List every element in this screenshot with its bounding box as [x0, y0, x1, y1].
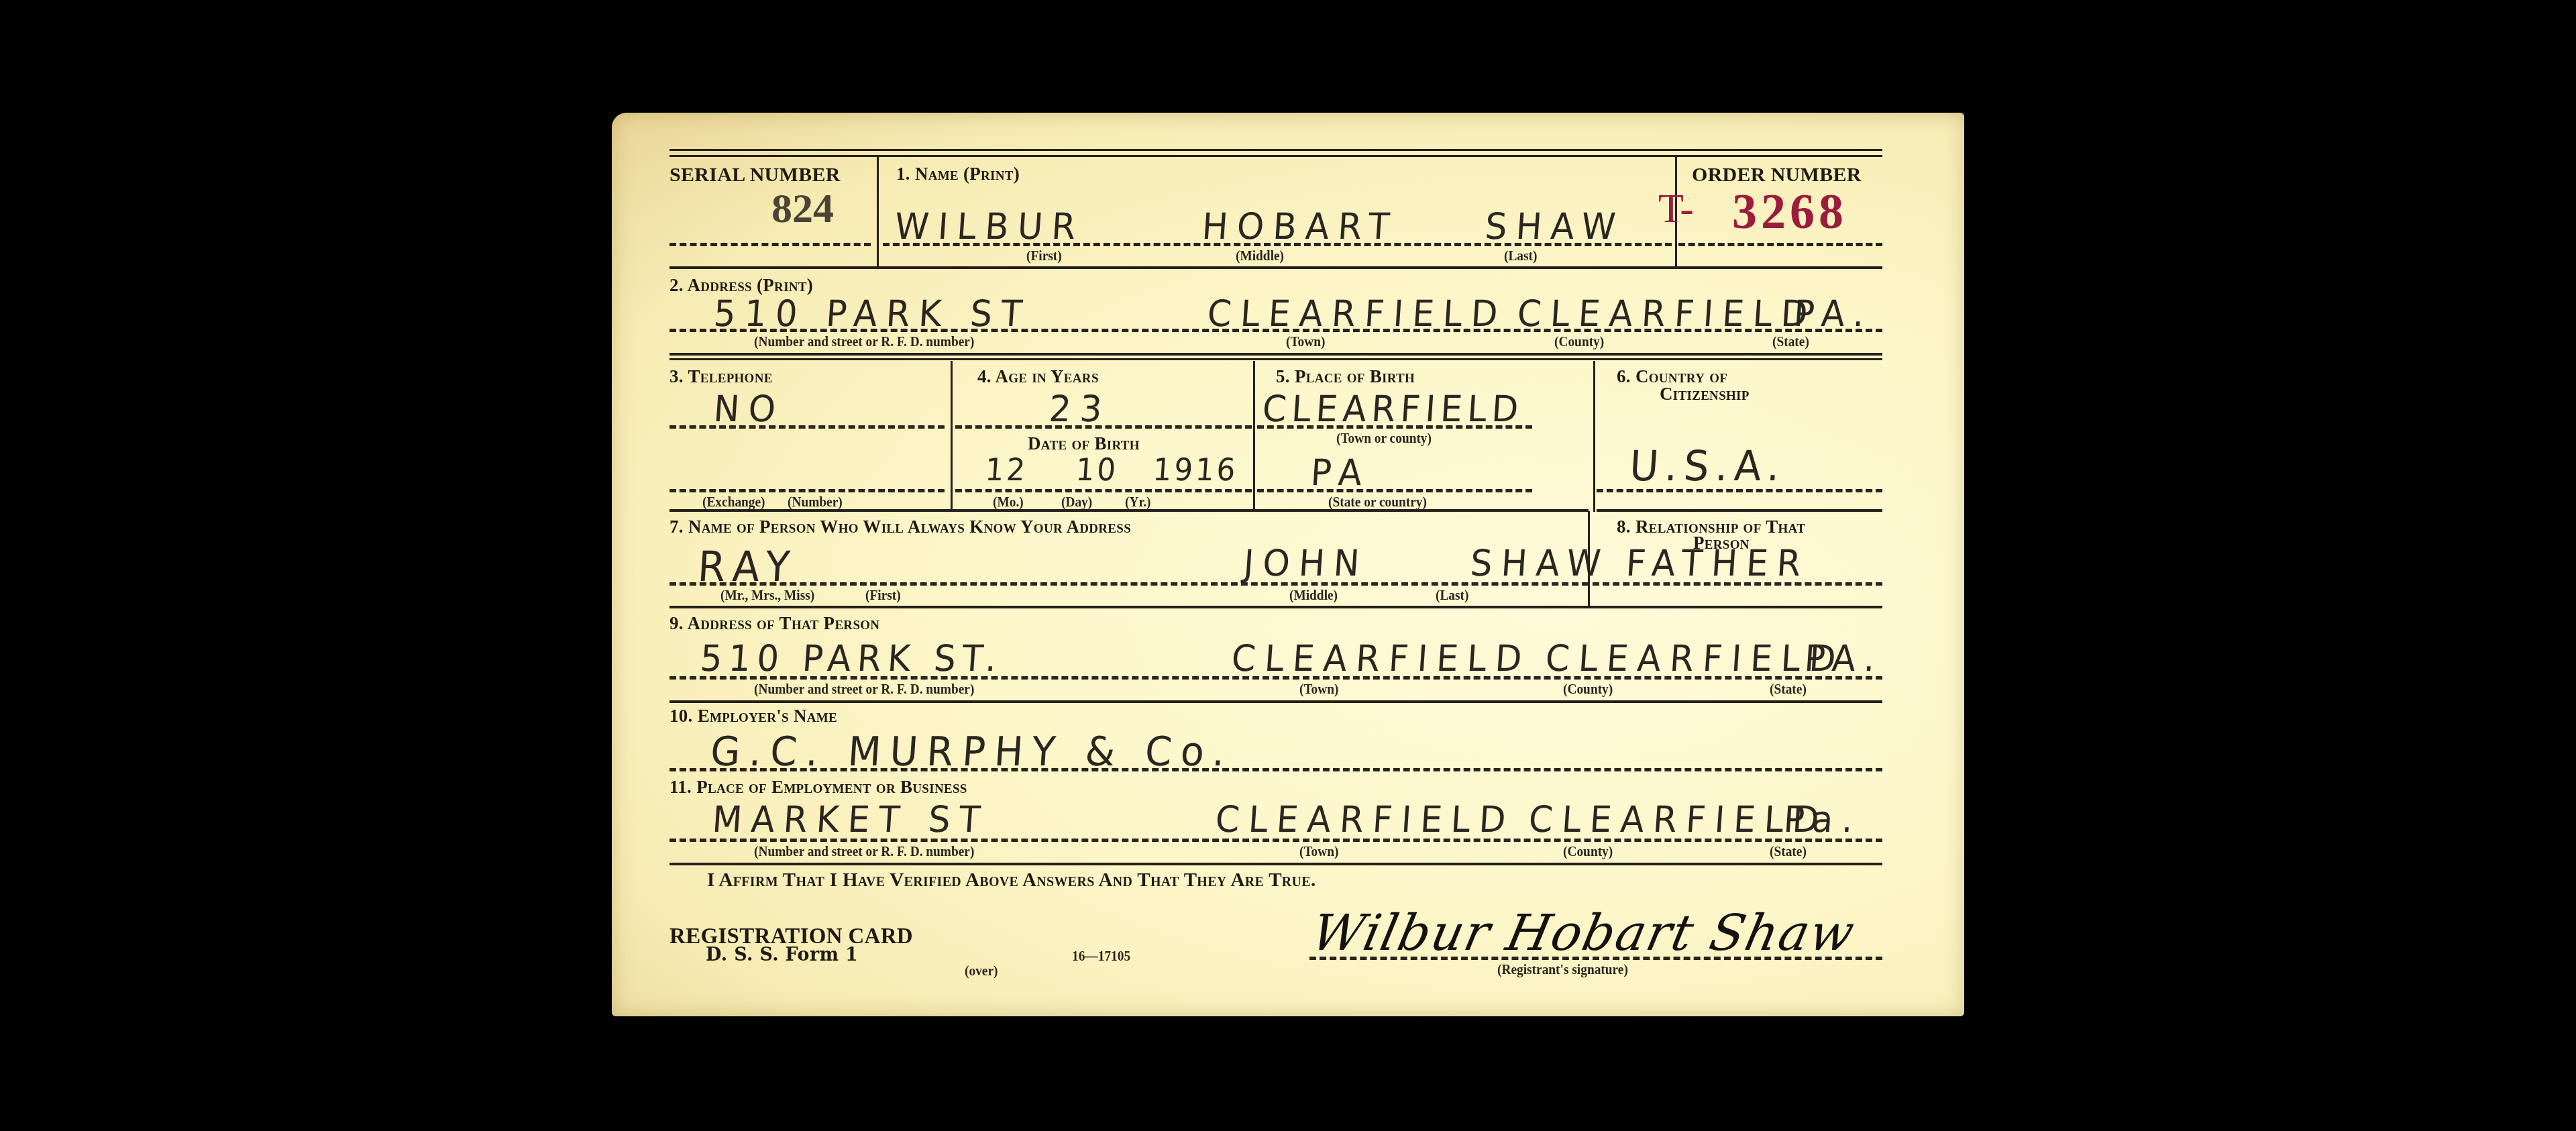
contact-address-town-caption: (Town)	[1299, 680, 1338, 698]
employment-dash-line	[669, 839, 1882, 842]
birthplace-town-caption: (Town or county)	[1336, 429, 1432, 447]
dob-day-caption: (Day)	[1061, 493, 1092, 510]
telephone-dash-line-1	[669, 425, 945, 429]
row1-bottom-rule	[669, 266, 1882, 269]
tel-age-divider	[951, 361, 953, 512]
row2-bottom-rule	[669, 353, 1882, 356]
employment-town-caption: (Town)	[1299, 843, 1338, 860]
employment-street-value: MARKET ST	[711, 798, 990, 841]
contact-middle-caption: (Middle)	[1289, 586, 1338, 604]
employment-state-caption: (State)	[1770, 843, 1807, 860]
telephone-exchange-caption: (Exchange)	[702, 493, 765, 510]
citizenship-label-line2: Citizenship	[1660, 384, 1750, 405]
over-label: (over)	[965, 962, 998, 979]
name-label: 1. Name (Print)	[896, 164, 1020, 184]
citizenship-value: U.S.A.	[1628, 441, 1788, 490]
name-last-caption: (Last)	[1504, 247, 1537, 264]
form-id: D. S. S. Form 1	[706, 945, 858, 965]
serial-dash-line	[669, 243, 871, 246]
name-first-caption: (First)	[1026, 247, 1062, 264]
contact-address-state-value: PA.	[1803, 637, 1885, 680]
name-last-value: SHAW	[1484, 205, 1626, 248]
signature-dash-line	[1309, 957, 1882, 960]
top-rule-2	[669, 155, 1882, 157]
contact-address-street-value: 510 PARK ST.	[699, 637, 1004, 680]
relationship-dash-line	[1593, 582, 1882, 586]
contact-relationship-divider	[1588, 511, 1590, 608]
serial-number-label: SERIAL NUMBER	[669, 164, 841, 186]
dob-dash-line	[955, 489, 1252, 492]
contact-last-caption: (Last)	[1436, 586, 1468, 604]
name-dash-line	[883, 243, 1672, 246]
contact-middle-value: JOHN	[1242, 542, 1370, 584]
telephone-number-caption: (Number)	[788, 493, 843, 510]
age-value: 23	[1048, 388, 1112, 430]
name-first-value: WILBUR	[894, 205, 1086, 248]
birthplace-label: 5. Place of Birth	[1276, 366, 1415, 387]
dob-day-value: 10	[1075, 451, 1120, 488]
employer-dash-line	[669, 768, 1882, 771]
name-middle-value: HOBART	[1201, 205, 1399, 248]
print-code: 16—17105	[1072, 947, 1130, 965]
name-middle-caption: (Middle)	[1236, 247, 1284, 264]
contact-address-county-value: CLEARFIELD	[1544, 637, 1846, 680]
dob-month-value: 12	[984, 451, 1029, 488]
age-dash-line	[955, 425, 1252, 429]
contact-first-caption: (First)	[865, 586, 901, 604]
employment-town-value: CLEARFIELD	[1214, 798, 1516, 841]
age-birthplace-divider	[1253, 361, 1255, 512]
contact-address-street-caption: (Number and street or R. F. D. number)	[754, 680, 974, 698]
dob-year-caption: (Yr.)	[1125, 493, 1151, 510]
dob-month-caption: (Mo.)	[993, 493, 1024, 510]
birthplace-state-dash-line	[1257, 489, 1532, 492]
contact-person-label: 7. Name of Person Who Will Always Know Y…	[669, 517, 1131, 537]
address-state-caption: (State)	[1772, 333, 1809, 350]
serial-number-value: 824	[771, 185, 834, 233]
row3-bottom-rule	[669, 509, 1589, 512]
contact-address-label: 9. Address of That Person	[669, 613, 879, 634]
birthplace-state-caption: (State or country)	[1328, 493, 1427, 510]
birthplace-state-value: PA	[1309, 451, 1373, 494]
contact-address-town-value: CLEARFIELD	[1230, 637, 1532, 680]
employment-state-value: Pa.	[1782, 798, 1863, 841]
age-label: 4. Age in Years	[977, 366, 1099, 387]
citizenship-dash-line	[1597, 489, 1882, 492]
relationship-value: FATHER	[1625, 542, 1811, 584]
contact-address-dash-line	[669, 676, 1882, 680]
birthplace-citizenship-divider	[1593, 361, 1595, 512]
signature-caption: (Registrant's signature)	[1497, 961, 1628, 978]
row3-bottom-rule-right	[1597, 509, 1882, 512]
contact-address-county-caption: (County)	[1563, 680, 1613, 698]
row9-bottom-rule	[669, 700, 1882, 703]
top-rule	[669, 149, 1882, 151]
registration-card: SERIAL NUMBER 824 1. Name (Print) WILBUR…	[612, 113, 1964, 1016]
address-dash-line	[669, 329, 1882, 332]
contact-address-state-caption: (State)	[1770, 680, 1807, 698]
row11-bottom-rule	[669, 863, 1882, 865]
registrant-signature: Wilbur Hobart Shaw	[1307, 904, 1860, 962]
order-number-label: ORDER NUMBER	[1692, 164, 1862, 186]
row2-bottom-rule-2	[669, 358, 1882, 360]
employment-place-label: 11. Place of Employment or Business	[669, 777, 967, 798]
order-dash-line	[1678, 243, 1882, 246]
birthplace-town-dash-line	[1257, 425, 1532, 429]
telephone-value: NO	[712, 388, 786, 430]
contact-title-caption: (Mr., Mrs., Miss)	[720, 586, 814, 604]
row7-bottom-rule	[669, 606, 1882, 608]
birthplace-town-value: CLEARFIELD	[1261, 388, 1525, 430]
affirmation-text: I Affirm That I Have Verified Above Answ…	[707, 869, 1316, 892]
order-number-value: 3268	[1732, 184, 1847, 241]
address-town-caption: (Town)	[1286, 333, 1325, 350]
employment-county-caption: (County)	[1563, 843, 1613, 860]
employer-label: 10. Employer's Name	[669, 706, 837, 726]
address-county-caption: (County)	[1554, 333, 1604, 350]
order-number-prefix: T-	[1658, 185, 1694, 233]
dob-year-value: 1916	[1152, 451, 1239, 488]
telephone-label: 3. Telephone	[669, 366, 773, 387]
serial-name-divider	[877, 156, 879, 266]
employment-street-caption: (Number and street or R. F. D. number)	[754, 843, 974, 860]
telephone-dash-line-2	[669, 489, 945, 492]
address-street-caption: (Number and street or R. F. D. number)	[754, 333, 974, 350]
contact-dash-line	[669, 582, 1589, 586]
